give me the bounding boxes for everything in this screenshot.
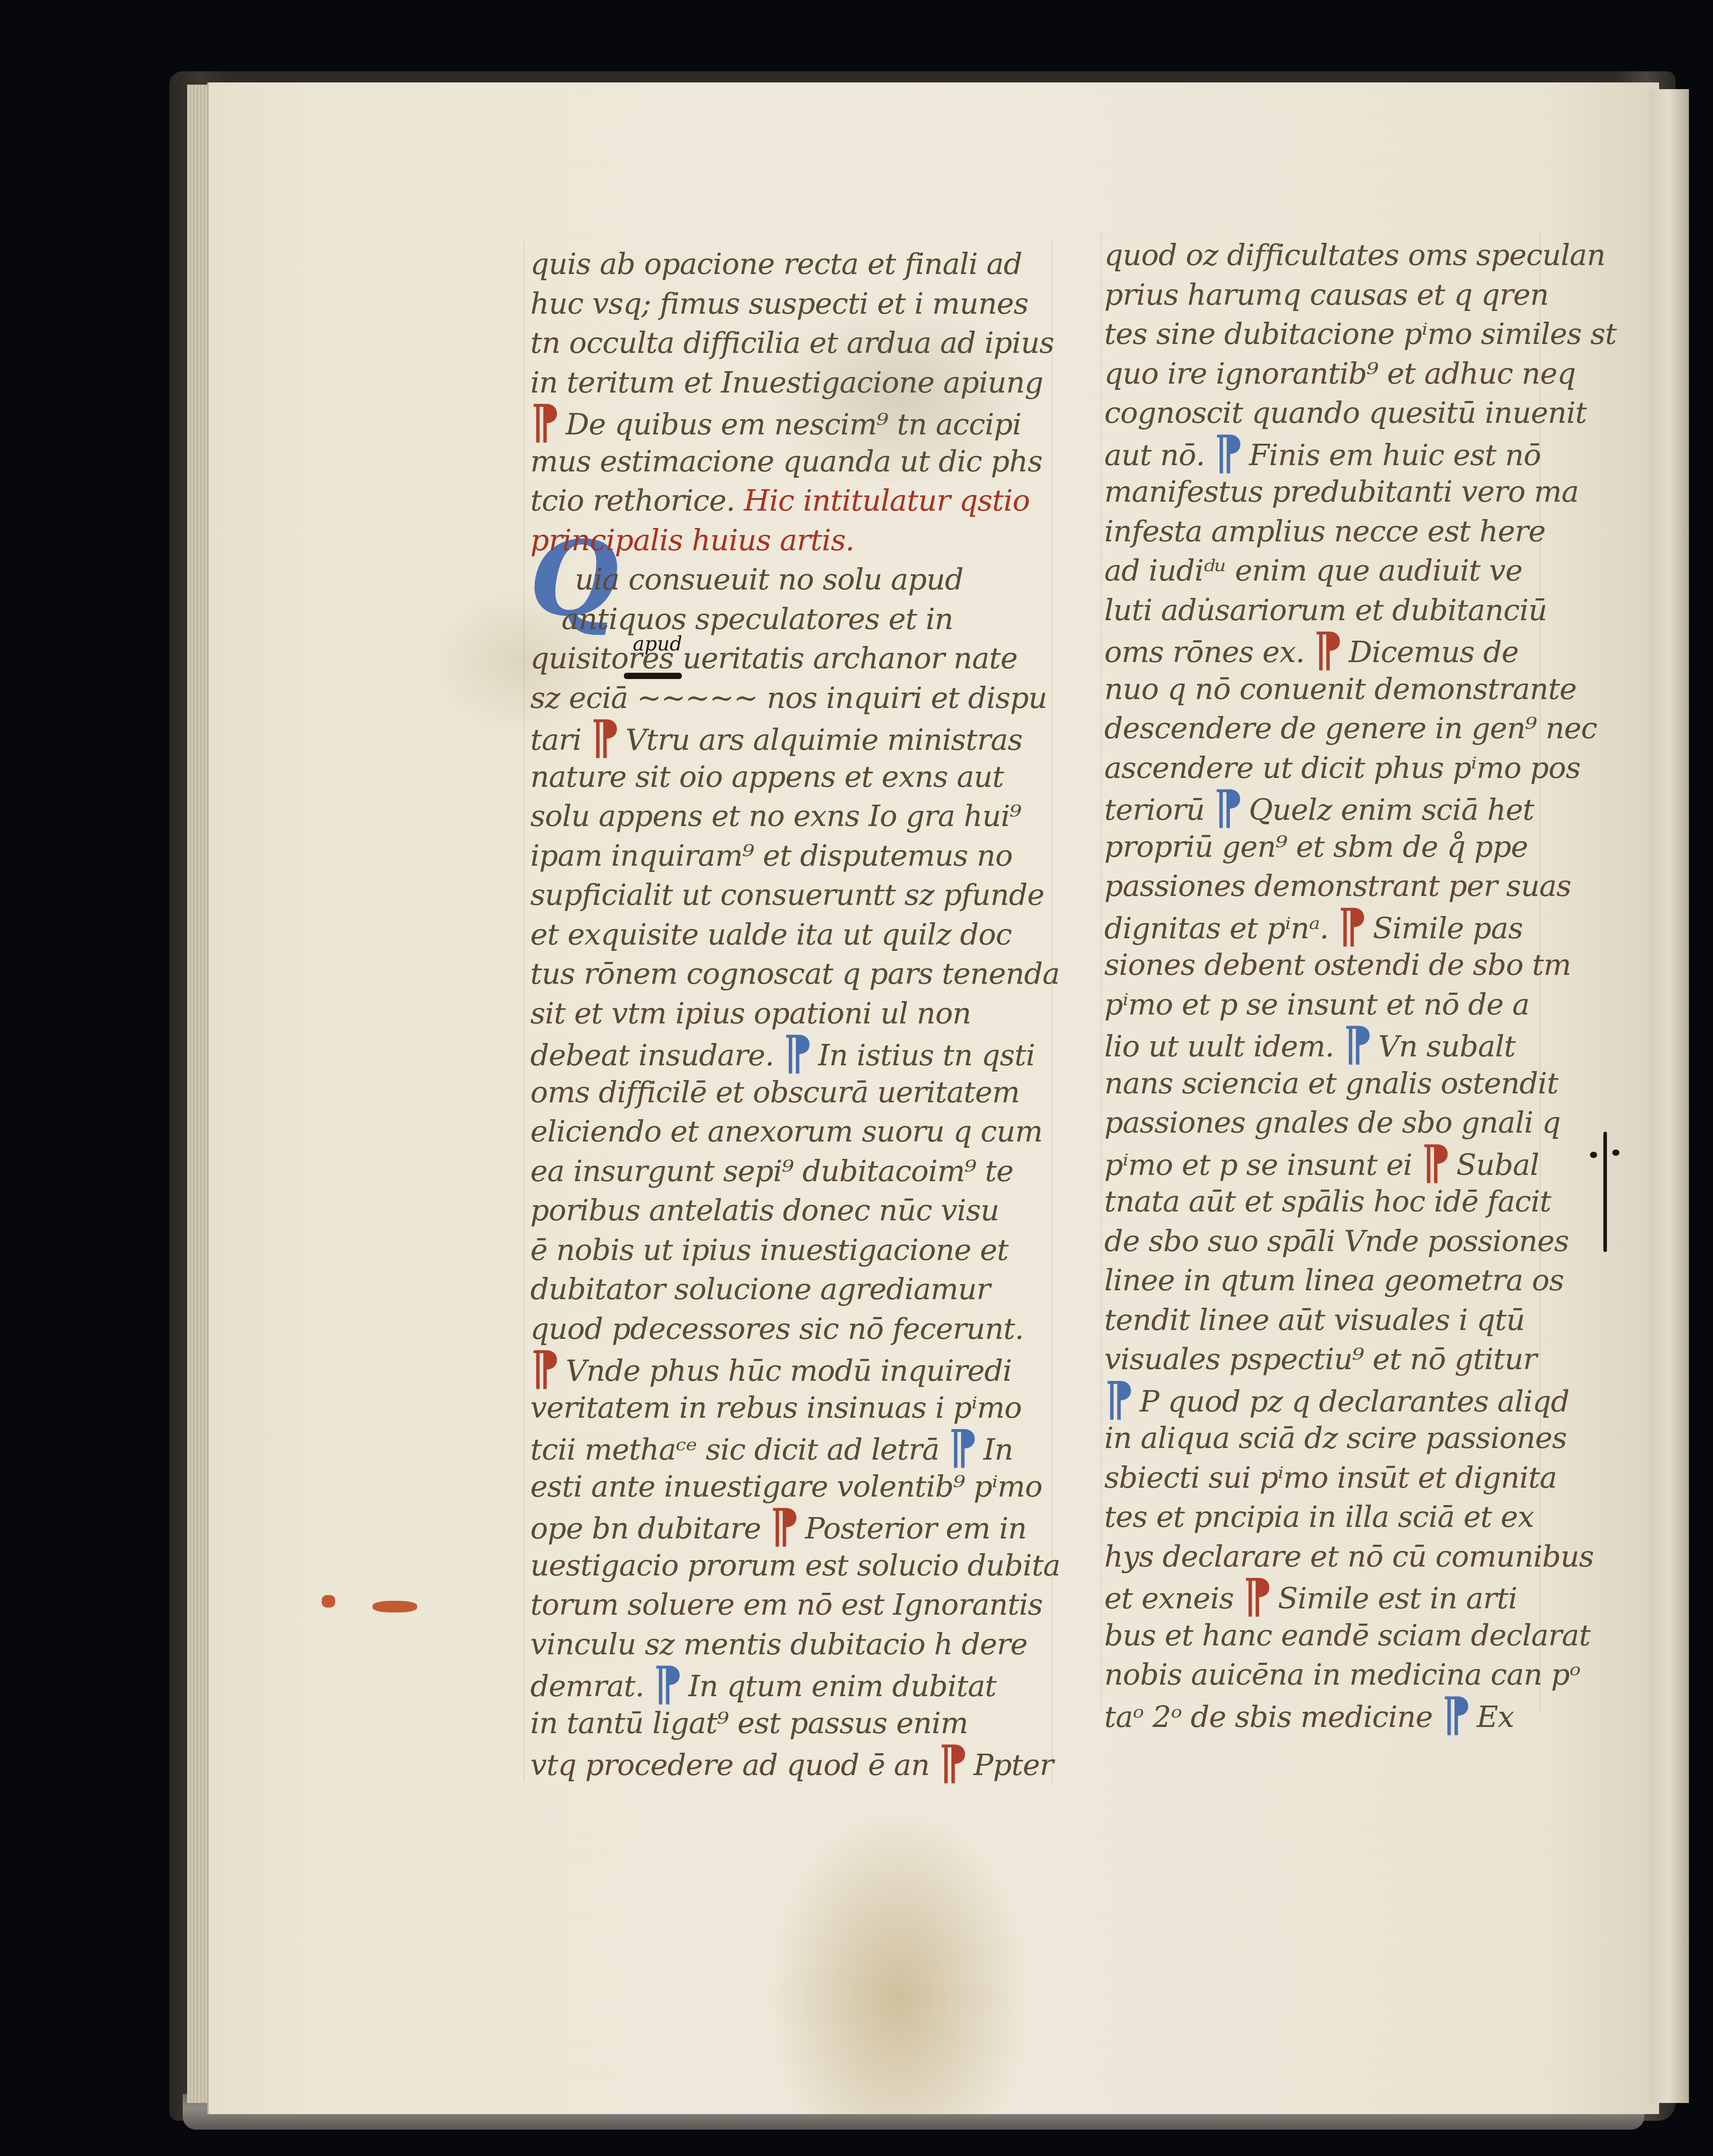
line-text: bus et hanc eandē sciam declarat (1104, 1618, 1590, 1653)
line-text: taᵒ 2ᵒ de sbis medicine (1104, 1700, 1442, 1734)
line-text: uestigacio prorum est solucio dubita (530, 1548, 1060, 1583)
line-text: quis ab opacione recta et finali ad (530, 247, 1022, 281)
line-text: Ex (1477, 1700, 1514, 1734)
line-text: nuo q nō conuenit demonstrante (1104, 672, 1577, 706)
line-text: supficialit ut consueruntt sz pfunde (530, 878, 1044, 912)
line-text: nobis auicēna in medicina can pᵒ (1104, 1657, 1580, 1692)
line-text: quod oz difficultates oms speculan (1104, 238, 1605, 272)
line-text: ē nobis ut ipius inuestigacione et (530, 1233, 1008, 1267)
text-line: dignitas et pⁱnᵃ. ⁋Simile pas (1104, 911, 1523, 943)
text-line: poribus antelatis donec nūc visu (530, 1196, 999, 1225)
line-text: prius harumq causas et q qren (1104, 278, 1549, 312)
line-text: Quelz enim sciā het (1249, 793, 1534, 827)
text-line: passiones gnales de sbo gnali q (1104, 1108, 1560, 1137)
text-line: visuales pspectiu⁹ et nō gtitur (1104, 1345, 1537, 1374)
red-paragraph-mark-icon: ⁋ (1337, 911, 1366, 941)
line-text: Posterior em in (805, 1511, 1027, 1546)
line-text: oms difficilē et obscurā ueritatem (530, 1075, 1020, 1109)
text-line: in tantū ligat⁹ est passus enim (530, 1709, 968, 1738)
interlinear-correction: apud (633, 633, 682, 655)
line-text: demrat. (530, 1669, 653, 1703)
line-text: Ppter (974, 1748, 1053, 1782)
text-line: teriorū ⁋Quelz enim sciā het (1104, 793, 1534, 825)
line-text: passiones gnales de sbo gnali q (1104, 1105, 1560, 1140)
line-text: Vn subalt (1378, 1029, 1516, 1064)
line-text: quisitores ueritatis archanor nate (530, 641, 1017, 675)
text-line: dubitator solucione agrediamur (530, 1275, 990, 1304)
text-line: tes sine dubitacione pⁱmo similes st (1104, 319, 1616, 349)
text-line: descendere de genere in gen⁹ nec (1104, 714, 1597, 743)
text-line: quod pdecessores sic nō fecerunt. (530, 1314, 1024, 1344)
text-line: tcii methaᶜᵉ sic dicit ad letrā ⁋In (530, 1432, 1013, 1465)
line-text: tes sine dubitacione pⁱmo similes st (1104, 317, 1616, 351)
text-line: quisitores ueritatis archanor nate (530, 644, 1017, 673)
text-line: tcio rethorice. Hic intitulatur qstio (530, 486, 1030, 515)
line-text: pⁱmo et p se insunt ei (1104, 1148, 1421, 1182)
text-line: siones debent ostendi de sbo tm (1104, 950, 1571, 980)
text-line: uestigacio prorum est solucio dubita (530, 1551, 1060, 1580)
text-line: propriū gen⁹ et sbm de q̊ ppe (1104, 832, 1528, 862)
text-line: vtq procedere ad quod ē an ⁋Ppter (530, 1748, 1053, 1780)
line-text: sit et vtm ipius opationi ul non (530, 996, 971, 1031)
rubric-heading: principalis huius artis. (530, 523, 854, 557)
text-line: demrat. ⁋In qtum enim dubitat (530, 1669, 996, 1701)
text-line: tes et pncipia in illa sciā et ex (1104, 1502, 1534, 1532)
text-line: manifestus predubitanti vero ma (1104, 477, 1578, 507)
line-text: ea insurgunt sepi⁹ dubitacoim⁹ te (530, 1154, 1013, 1188)
text-line: ē nobis ut ipius inuestigacione et (530, 1236, 1008, 1265)
line-text: nature sit oio appens et exns aut (530, 760, 1004, 794)
line-text: aut nō. (1104, 438, 1214, 472)
text-line: eliciendo et anexorum suoru q cum (530, 1117, 1042, 1146)
line-text: debeat insudare. (530, 1038, 783, 1072)
text-line: et exquisite ualde ita ut quilz doc (530, 920, 1012, 949)
text-line: vinculu sz mentis dubitacio h dere (530, 1630, 1027, 1659)
line-text: antiquos speculatores et in (561, 602, 953, 636)
line-text: Vnde phus hūc modū inquiredi (566, 1354, 1012, 1388)
line-text: cognoscit quando quesitū inuenit (1104, 396, 1586, 430)
line-text: ope bn dubitare (530, 1511, 770, 1546)
line-text: Simile pas (1373, 911, 1523, 945)
line-text: poribus antelatis donec nūc visu (530, 1193, 999, 1227)
text-line: uia consueuit no solu apud (575, 565, 963, 594)
rubric-heading: Hic intitulatur qstio (744, 483, 1029, 518)
line-text: tnata aūt et spālis hoc idē facit (1104, 1184, 1551, 1219)
text-line: luti adu̇sariorum et dubitanciū (1104, 596, 1547, 625)
text-line: in teritum et Inuestigacione apiung (530, 368, 1043, 397)
line-text: Subal (1456, 1148, 1539, 1182)
line-text: de sbo suo spāli Vnde possiones (1104, 1224, 1569, 1258)
text-line: ea insurgunt sepi⁹ dubitacoim⁹ te (530, 1157, 1013, 1186)
line-text: in aliqua sciā dz scire passiones (1104, 1421, 1567, 1455)
blue-paragraph-mark-icon: ⁋ (1104, 1384, 1133, 1414)
blue-paragraph-mark-icon: ⁋ (948, 1432, 977, 1462)
line-text: mus estimacione quanda ut dic phs (530, 444, 1042, 479)
text-line: solu appens et no exns Io gra hui⁹ (530, 802, 1021, 831)
text-line: supficialit ut consueruntt sz pfunde (530, 880, 1044, 910)
line-text: dignitas et pⁱnᵃ. (1104, 911, 1337, 945)
text-line: oms rōnes ex. ⁋Dicemus de (1104, 635, 1519, 667)
text-line: esti ante inuestigare volentib⁹ pⁱmo (530, 1472, 1042, 1501)
text-line: mus estimacione quanda ut dic phs (530, 447, 1042, 476)
line-text: torum soluere em nō est Ignorantis (530, 1587, 1043, 1622)
text-line: nature sit oio appens et exns aut (530, 762, 1004, 792)
text-line: antiquos speculatores et in (561, 605, 953, 634)
text-line: sz eciā ~~~~~ nos inquiri et dispu (530, 683, 1047, 713)
text-line: nobis auicēna in medicina can pᵒ (1104, 1660, 1580, 1690)
line-text: vinculu sz mentis dubitacio h dere (530, 1627, 1027, 1661)
line-text: ipam inquiram⁹ et disputemus no (530, 839, 1012, 873)
line-text: in teritum et Inuestigacione apiung (530, 365, 1043, 400)
text-line: et exneis ⁋Simile est in arti (1104, 1581, 1517, 1613)
red-paragraph-mark-icon: ⁋ (590, 723, 619, 752)
text-line: quod oz difficultates oms speculan (1104, 241, 1605, 270)
line-text: P quod pz q declarantes aliqd (1139, 1384, 1569, 1419)
text-line: ⁋Vnde phus hūc modū inquiredi (530, 1354, 1012, 1386)
red-spot (373, 1601, 417, 1612)
blue-paragraph-mark-icon: ⁋ (1213, 793, 1242, 822)
text-line: sbiecti sui pⁱmo insūt et dignita (1104, 1463, 1557, 1493)
text-line: principalis huius artis. (530, 526, 854, 555)
text-line: nans sciencia et gnalis ostendit (1104, 1069, 1558, 1098)
line-text: uia consueuit no solu apud (575, 562, 963, 597)
right-margin-dot-left (1590, 1152, 1597, 1158)
line-text: eliciendo et anexorum suoru q cum (530, 1114, 1042, 1149)
line-text: Dicemus de (1348, 635, 1518, 669)
text-line: cognoscit quando quesitū inuenit (1104, 398, 1586, 428)
text-line: pⁱmo et p se insunt ei ⁋Subal (1104, 1148, 1539, 1180)
blue-paragraph-mark-icon: ⁋ (653, 1669, 682, 1698)
line-text: Simile est in arti (1278, 1581, 1517, 1616)
text-line: hys declarare et nō cū comunibus (1104, 1542, 1594, 1571)
line-text: solu appens et no exns Io gra hui⁹ (530, 799, 1021, 833)
red-paragraph-mark-icon: ⁋ (530, 407, 559, 437)
text-line: quis ab opacione recta et finali ad (530, 250, 1022, 279)
text-line: tnata aūt et spālis hoc idē facit (1104, 1187, 1551, 1216)
line-text: dubitator solucione agrediamur (530, 1272, 990, 1306)
red-paragraph-mark-icon: ⁋ (938, 1748, 967, 1777)
line-text: propriū gen⁹ et sbm de q̊ ppe (1104, 830, 1528, 864)
text-line: ope bn dubitare ⁋Posterior em in (530, 1511, 1027, 1543)
text-line: sit et vtm ipius opationi ul non (530, 999, 971, 1028)
line-text: descendere de genere in gen⁹ nec (1104, 711, 1597, 745)
line-text: hys declarare et nō cū comunibus (1104, 1539, 1594, 1574)
blue-paragraph-mark-icon: ⁋ (783, 1038, 812, 1068)
line-text: vtq procedere ad quod ē an (530, 1748, 938, 1782)
line-text: quo ire ignorantib⁹ et adhuc neq (1104, 356, 1575, 391)
text-line: ad iudiᵈᵘ enim que audiuit ve (1104, 556, 1522, 585)
right-margin-mark (1603, 1132, 1607, 1252)
line-text: et exneis (1104, 1581, 1242, 1616)
line-text: manifestus predubitanti vero ma (1104, 475, 1578, 509)
text-line: linee in qtum linea geometra os (1104, 1266, 1564, 1295)
right-text-column: quod oz difficultates oms speculan prius… (1104, 241, 1577, 1711)
line-text: tn occulta difficilia et ardua ad ipius (530, 326, 1054, 360)
line-text: et exquisite ualde ita ut quilz doc (530, 917, 1012, 952)
struck-out-word (624, 673, 682, 679)
text-line: torum soluere em nō est Ignorantis (530, 1590, 1043, 1620)
line-text: tus rōnem cognoscat q pars tenenda (530, 957, 1060, 991)
line-text: in tantū ligat⁹ est passus enim (530, 1706, 968, 1740)
text-line: in aliqua sciā dz scire passiones (1104, 1424, 1567, 1453)
text-line: passiones demonstrant per suas (1104, 871, 1571, 901)
text-line: taᵒ 2ᵒ de sbis medicine ⁋Ex (1104, 1700, 1514, 1732)
page-gutter (1649, 89, 1689, 2103)
line-text: infesta amplius necce est here (1104, 514, 1545, 548)
line-text: pⁱmo et p se insunt et nō de a (1104, 987, 1529, 1022)
text-line: tari ⁋Vtru ars alquimie ministras (530, 723, 1022, 755)
text-line: pⁱmo et p se insunt et nō de a (1104, 990, 1529, 1019)
line-text: Vtru ars alquimie ministras (626, 723, 1023, 757)
line-text: siones debent ostendi de sbo tm (1104, 948, 1571, 982)
line-text: nans sciencia et gnalis ostendit (1104, 1066, 1558, 1101)
text-line: quo ire ignorantib⁹ et adhuc neq (1104, 359, 1575, 389)
red-paragraph-mark-icon: ⁋ (770, 1511, 799, 1541)
red-paragraph-mark-icon: ⁋ (1313, 635, 1342, 664)
blue-paragraph-mark-icon: ⁋ (1214, 438, 1243, 467)
line-text: visuales pspectiu⁹ et nō gtitur (1104, 1342, 1537, 1376)
left-text-column: quis ab opacione recta et finali ad huc … (530, 250, 1056, 1729)
text-line: ipam inquiram⁹ et disputemus no (530, 841, 1012, 871)
line-text: lio ut uult idem. (1104, 1029, 1343, 1064)
line-text: oms rōnes ex. (1104, 635, 1313, 669)
red-paragraph-mark-icon: ⁋ (1421, 1148, 1450, 1177)
text-line: ascendere ut dicit phus pⁱmo pos (1104, 753, 1580, 783)
text-line: infesta amplius necce est here (1104, 517, 1545, 546)
text-line: huc vsq; fimus suspecti et i munes (530, 289, 1028, 319)
line-text: teriorū (1104, 793, 1213, 827)
red-spot (322, 1595, 335, 1608)
text-line: de sbo suo spāli Vnde possiones (1104, 1227, 1569, 1256)
text-line: tn occulta difficilia et ardua ad ipius (530, 328, 1054, 358)
line-text: In (984, 1432, 1013, 1467)
text-line: ⁋De quibus em nescim⁹ tn accipi (530, 407, 1021, 439)
right-column-ruling-left (1101, 232, 1102, 1711)
line-text: linee in qtum linea geometra os (1104, 1263, 1564, 1297)
blue-paragraph-mark-icon: ⁋ (1343, 1029, 1372, 1059)
text-line: veritatem in rebus insinuas i pⁱmo (530, 1393, 1022, 1423)
line-text: De quibus em nescim⁹ tn accipi (566, 407, 1021, 442)
line-text: tendit linee aūt visuales i qtū (1104, 1303, 1525, 1337)
text-line: bus et hanc eandē sciam declarat (1104, 1621, 1590, 1650)
text-line: tendit linee aūt visuales i qtū (1104, 1305, 1525, 1335)
text-line: tus rōnem cognoscat q pars tenenda (530, 959, 1060, 989)
text-line: debeat insudare. ⁋In istius tn qsti (530, 1038, 1035, 1070)
line-text: In qtum enim dubitat (688, 1669, 996, 1703)
text-line: nuo q nō conuenit demonstrante (1104, 675, 1577, 704)
text-line: lio ut uult idem. ⁋Vn subalt (1104, 1029, 1515, 1061)
red-paragraph-mark-icon: ⁋ (1242, 1581, 1271, 1611)
line-text: huc vsq; fimus suspecti et i munes (530, 286, 1028, 321)
line-text: ascendere ut dicit phus pⁱmo pos (1104, 751, 1580, 785)
line-text: In istius tn qsti (818, 1038, 1035, 1072)
blue-paragraph-mark-icon: ⁋ (1442, 1700, 1471, 1729)
line-text: sbiecti sui pⁱmo insūt et dignita (1104, 1461, 1557, 1495)
line-text: tari (530, 723, 590, 757)
line-text: Finis em huic est nō (1249, 438, 1541, 472)
text-line: prius harumq causas et q qren (1104, 280, 1549, 310)
left-column-ruling-left (524, 241, 525, 1782)
right-margin-dot-right (1612, 1150, 1619, 1156)
line-text: quod pdecessores sic nō fecerunt. (530, 1312, 1024, 1346)
text-line: ⁋P quod pz q declarantes aliqd (1104, 1384, 1569, 1416)
line-text: ad iudiᵈᵘ enim que audiuit ve (1104, 553, 1522, 588)
text-line: aut nō. ⁋Finis em huic est nō (1104, 438, 1541, 470)
red-paragraph-mark-icon: ⁋ (530, 1354, 559, 1383)
line-text: tcii methaᶜᵉ sic dicit ad letrā (530, 1432, 948, 1467)
text-line: oms difficilē et obscurā ueritatem (530, 1078, 1020, 1107)
line-text: tcio rethorice. (530, 483, 744, 518)
line-text: tes et pncipia in illa sciā et ex (1104, 1500, 1534, 1534)
